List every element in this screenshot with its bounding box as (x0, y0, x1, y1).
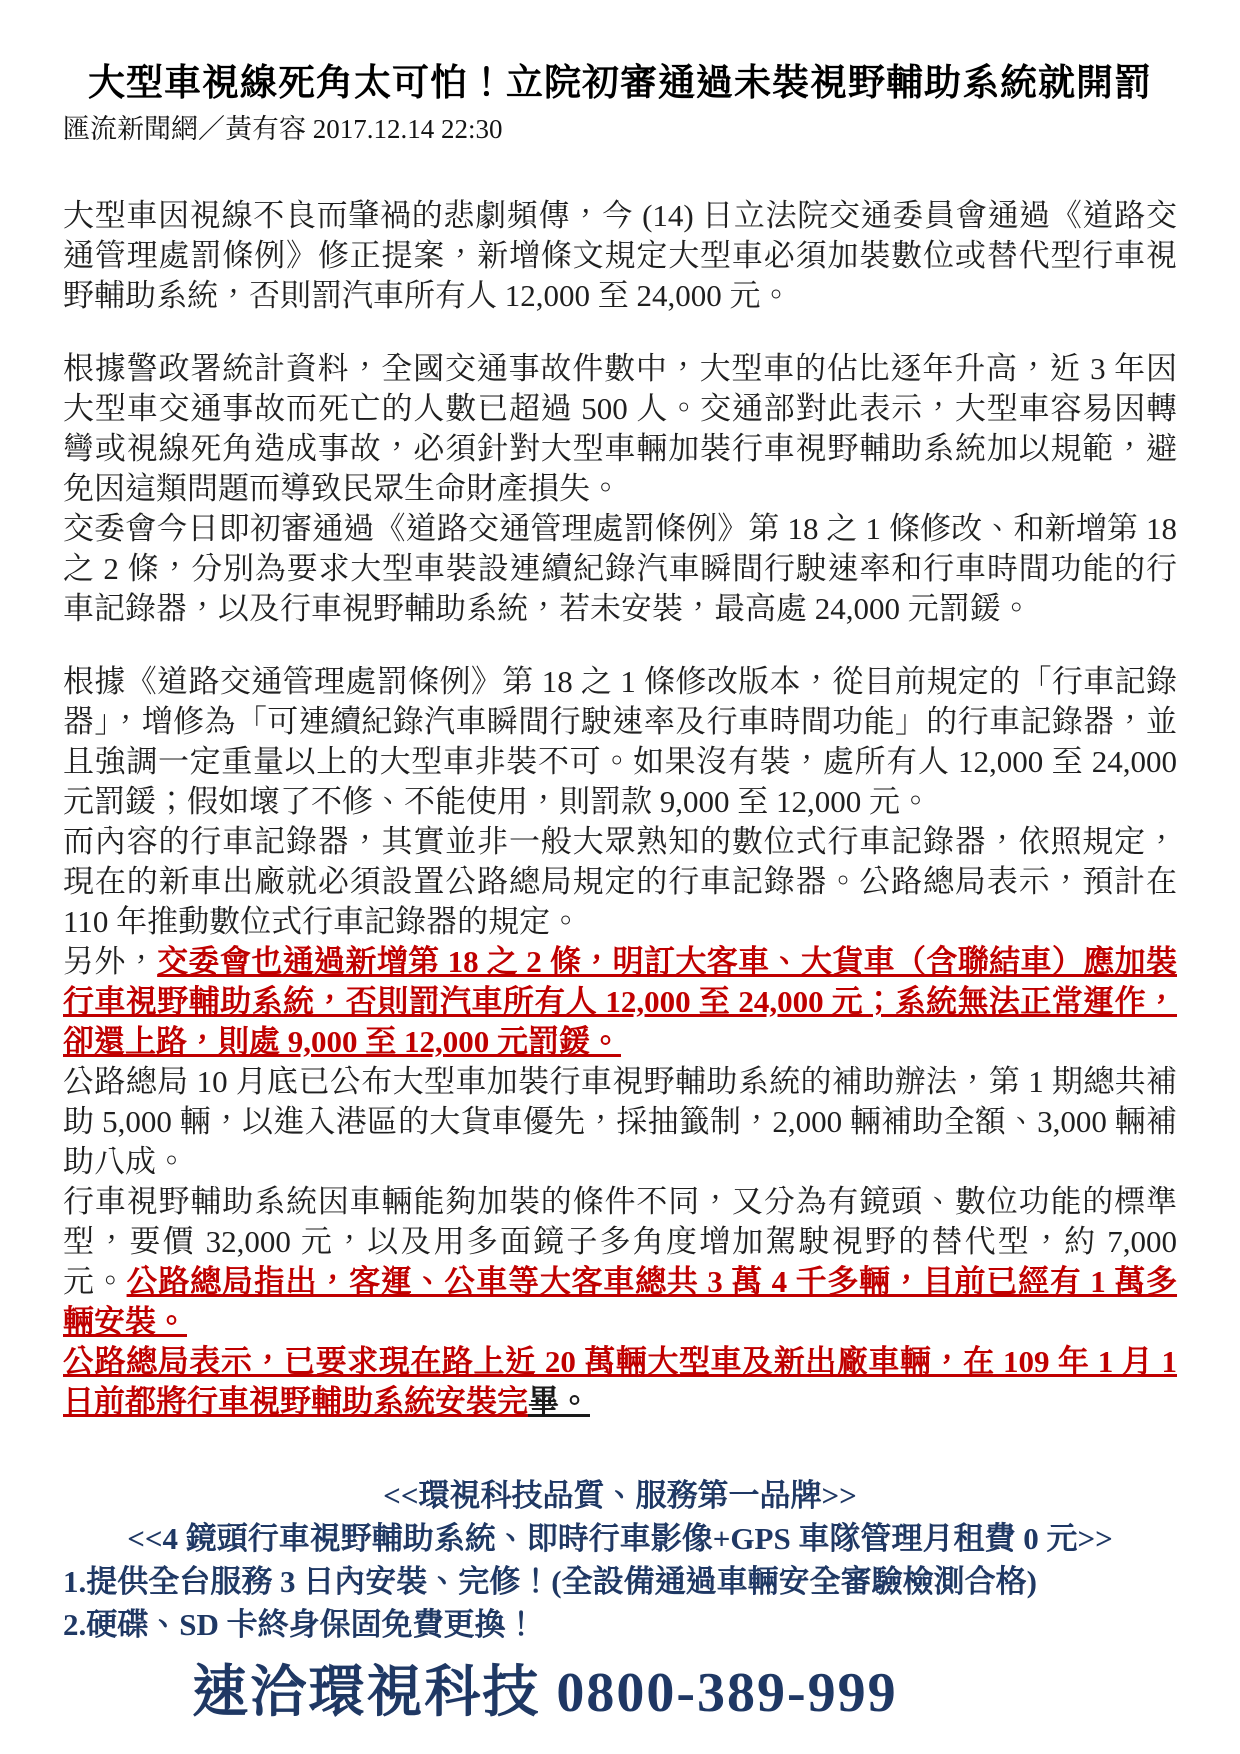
paragraph: 根據警政署統計資料，全國交通事故件數中，大型車的佔比逐年升高，近 3 年因大型車… (63, 349, 1177, 509)
body-text: 根據《道路交通管理處罰條例》第 18 之 1 條修改版本，從目前規定的「行車記錄… (63, 664, 1177, 819)
paragraph: 交委會今日即初審通過《道路交通管理處罰條例》第 18 之 1 條修改、和新增第 … (63, 509, 1177, 629)
promo-bullet-install: 1.提供全台服務 3 日內安裝、完修！(全設備通過車輛安全審驗檢測合格) (63, 1560, 1177, 1603)
body-text: 而內容的行車記錄器，其實並非一般大眾熟知的數位式行車記錄器，依照規定，現在的新車… (63, 824, 1177, 939)
article-title: 大型車視線死角太可怕！立院初審通過未裝視野輔助系統就開罰 (63, 62, 1177, 106)
paragraph: 行車視野輔助系統因車輛能夠加裝的條件不同，又分為有鏡頭、數位功能的標準型，要價 … (63, 1182, 1177, 1342)
document-page: 大型車視線死角太可怕！立院初審通過未裝視野輔助系統就開罰 匯流新聞網／黃有容 2… (0, 0, 1240, 1754)
paragraph: 公路總局 10 月底已公布大型車加裝行車視野輔助系統的補助辦法，第 1 期總共補… (63, 1062, 1177, 1182)
body-text: 大型車因視線不良而肇禍的悲劇頻傳，今 (14) 日立法院交通委員會通過《道路交通… (63, 198, 1177, 313)
paragraph: 根據《道路交通管理處罰條例》第 18 之 1 條修改版本，從目前規定的「行車記錄… (63, 662, 1177, 822)
article-body: 大型車因視線不良而肇禍的悲劇頻傳，今 (14) 日立法院交通委員會通過《道路交通… (63, 196, 1177, 1422)
article-byline: 匯流新聞網／黃有容 2017.12.14 22:30 (63, 112, 1177, 146)
paragraph: 公路總局表示，已要求現在路上近 20 萬輛大型車及新出廠車輛，在 109 年 1… (63, 1342, 1177, 1422)
highlighted-red-text: 公路總局表示，已要求現在路上近 20 萬輛大型車及新出廠車輛，在 109 年 1… (63, 1344, 1177, 1419)
body-text: 交委會今日即初審通過《道路交通管理處罰條例》第 18 之 1 條修改、和新增第 … (63, 511, 1177, 626)
promo-slogan-brand: <<環視科技品質、服務第一品牌>> (63, 1474, 1177, 1517)
body-text: 根據警政署統計資料，全國交通事故件數中，大型車的佔比逐年升高，近 3 年因大型車… (63, 351, 1177, 506)
promo-section: <<環視科技品質、服務第一品牌>> <<4 鏡頭行車視野輔助系統、即時行車影像+… (63, 1474, 1177, 1646)
document-content: 大型車視線死角太可怕！立院初審通過未裝視野輔助系統就開罰 匯流新聞網／黃有容 2… (0, 0, 1240, 1724)
underlined-black-text: 畢。 (528, 1384, 590, 1419)
paragraph: 大型車因視線不良而肇禍的悲劇頻傳，今 (14) 日立法院交通委員會通過《道路交通… (63, 196, 1177, 316)
paragraph: 而內容的行車記錄器，其實並非一般大眾熟知的數位式行車記錄器，依照規定，現在的新車… (63, 822, 1177, 942)
body-text: 公路總局 10 月底已公布大型車加裝行車視野輔助系統的補助辦法，第 1 期總共補… (63, 1064, 1177, 1179)
paragraph: 另外，交委會也通過新增第 18 之 2 條，明訂大客車、大貨車（含聯結車）應加裝… (63, 942, 1177, 1062)
highlighted-red-text: 交委會也通過新增第 18 之 2 條，明訂大客車、大貨車（含聯結車）應加裝行車視… (63, 944, 1177, 1059)
promo-bullet-warranty: 2.硬碟、SD 卡終身保固免費更換！ (63, 1603, 1177, 1646)
highlighted-red-text: 公路總局指出，客運、公車等大客車總共 3 萬 4 千多輛，目前已經有 1 萬多輛… (63, 1264, 1177, 1339)
promo-hotline: 速洽環視科技 0800-389-999 (63, 1662, 1177, 1724)
body-text: 另外， (63, 944, 157, 979)
promo-slogan-product: <<4 鏡頭行車視野輔助系統、即時行車影像+GPS 車隊管理月租費 0 元>> (63, 1517, 1177, 1560)
